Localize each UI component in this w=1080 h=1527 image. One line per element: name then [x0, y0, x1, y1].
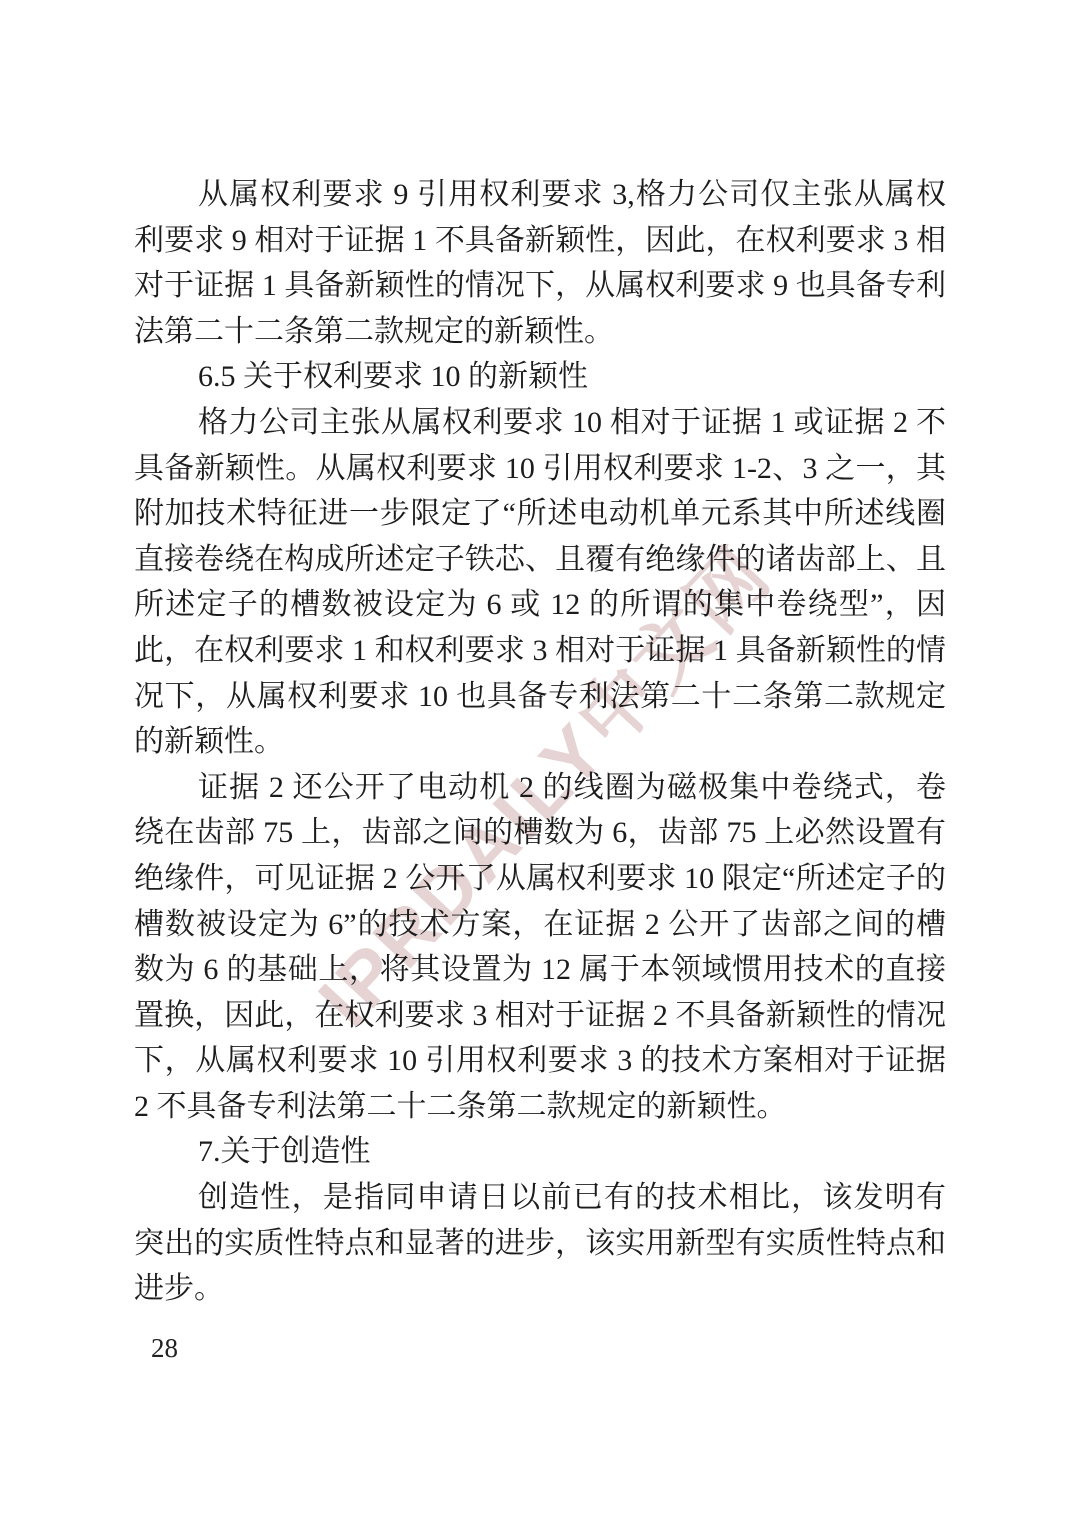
- document-body: 从属权利要求 9 引用权利要求 3,格力公司仅主张从属权利要求 9 相对于证据 …: [134, 172, 946, 1312]
- section-heading-6-5: 6.5 关于权利要求 10 的新颖性: [134, 354, 946, 400]
- document-page: IPRDAILY中文网 从属权利要求 9 引用权利要求 3,格力公司仅主张从属权…: [0, 0, 1080, 1527]
- section-heading-7: 7.关于创造性: [134, 1129, 946, 1175]
- paragraph-inventiveness-definition: 创造性，是指同申请日以前已有的技术相比，该发明有突出的实质性特点和显著的进步，该…: [134, 1175, 946, 1312]
- paragraph-claim10-novelty: 格力公司主张从属权利要求 10 相对于证据 1 或证据 2 不具备新颖性。从属权…: [134, 400, 946, 765]
- page-number: 28: [151, 1333, 178, 1364]
- paragraph-claim9-novelty: 从属权利要求 9 引用权利要求 3,格力公司仅主张从属权利要求 9 相对于证据 …: [134, 172, 946, 354]
- paragraph-evidence2-disclosure: 证据 2 还公开了电动机 2 的线圈为磁极集中卷绕式，卷绕在齿部 75 上，齿部…: [134, 765, 946, 1130]
